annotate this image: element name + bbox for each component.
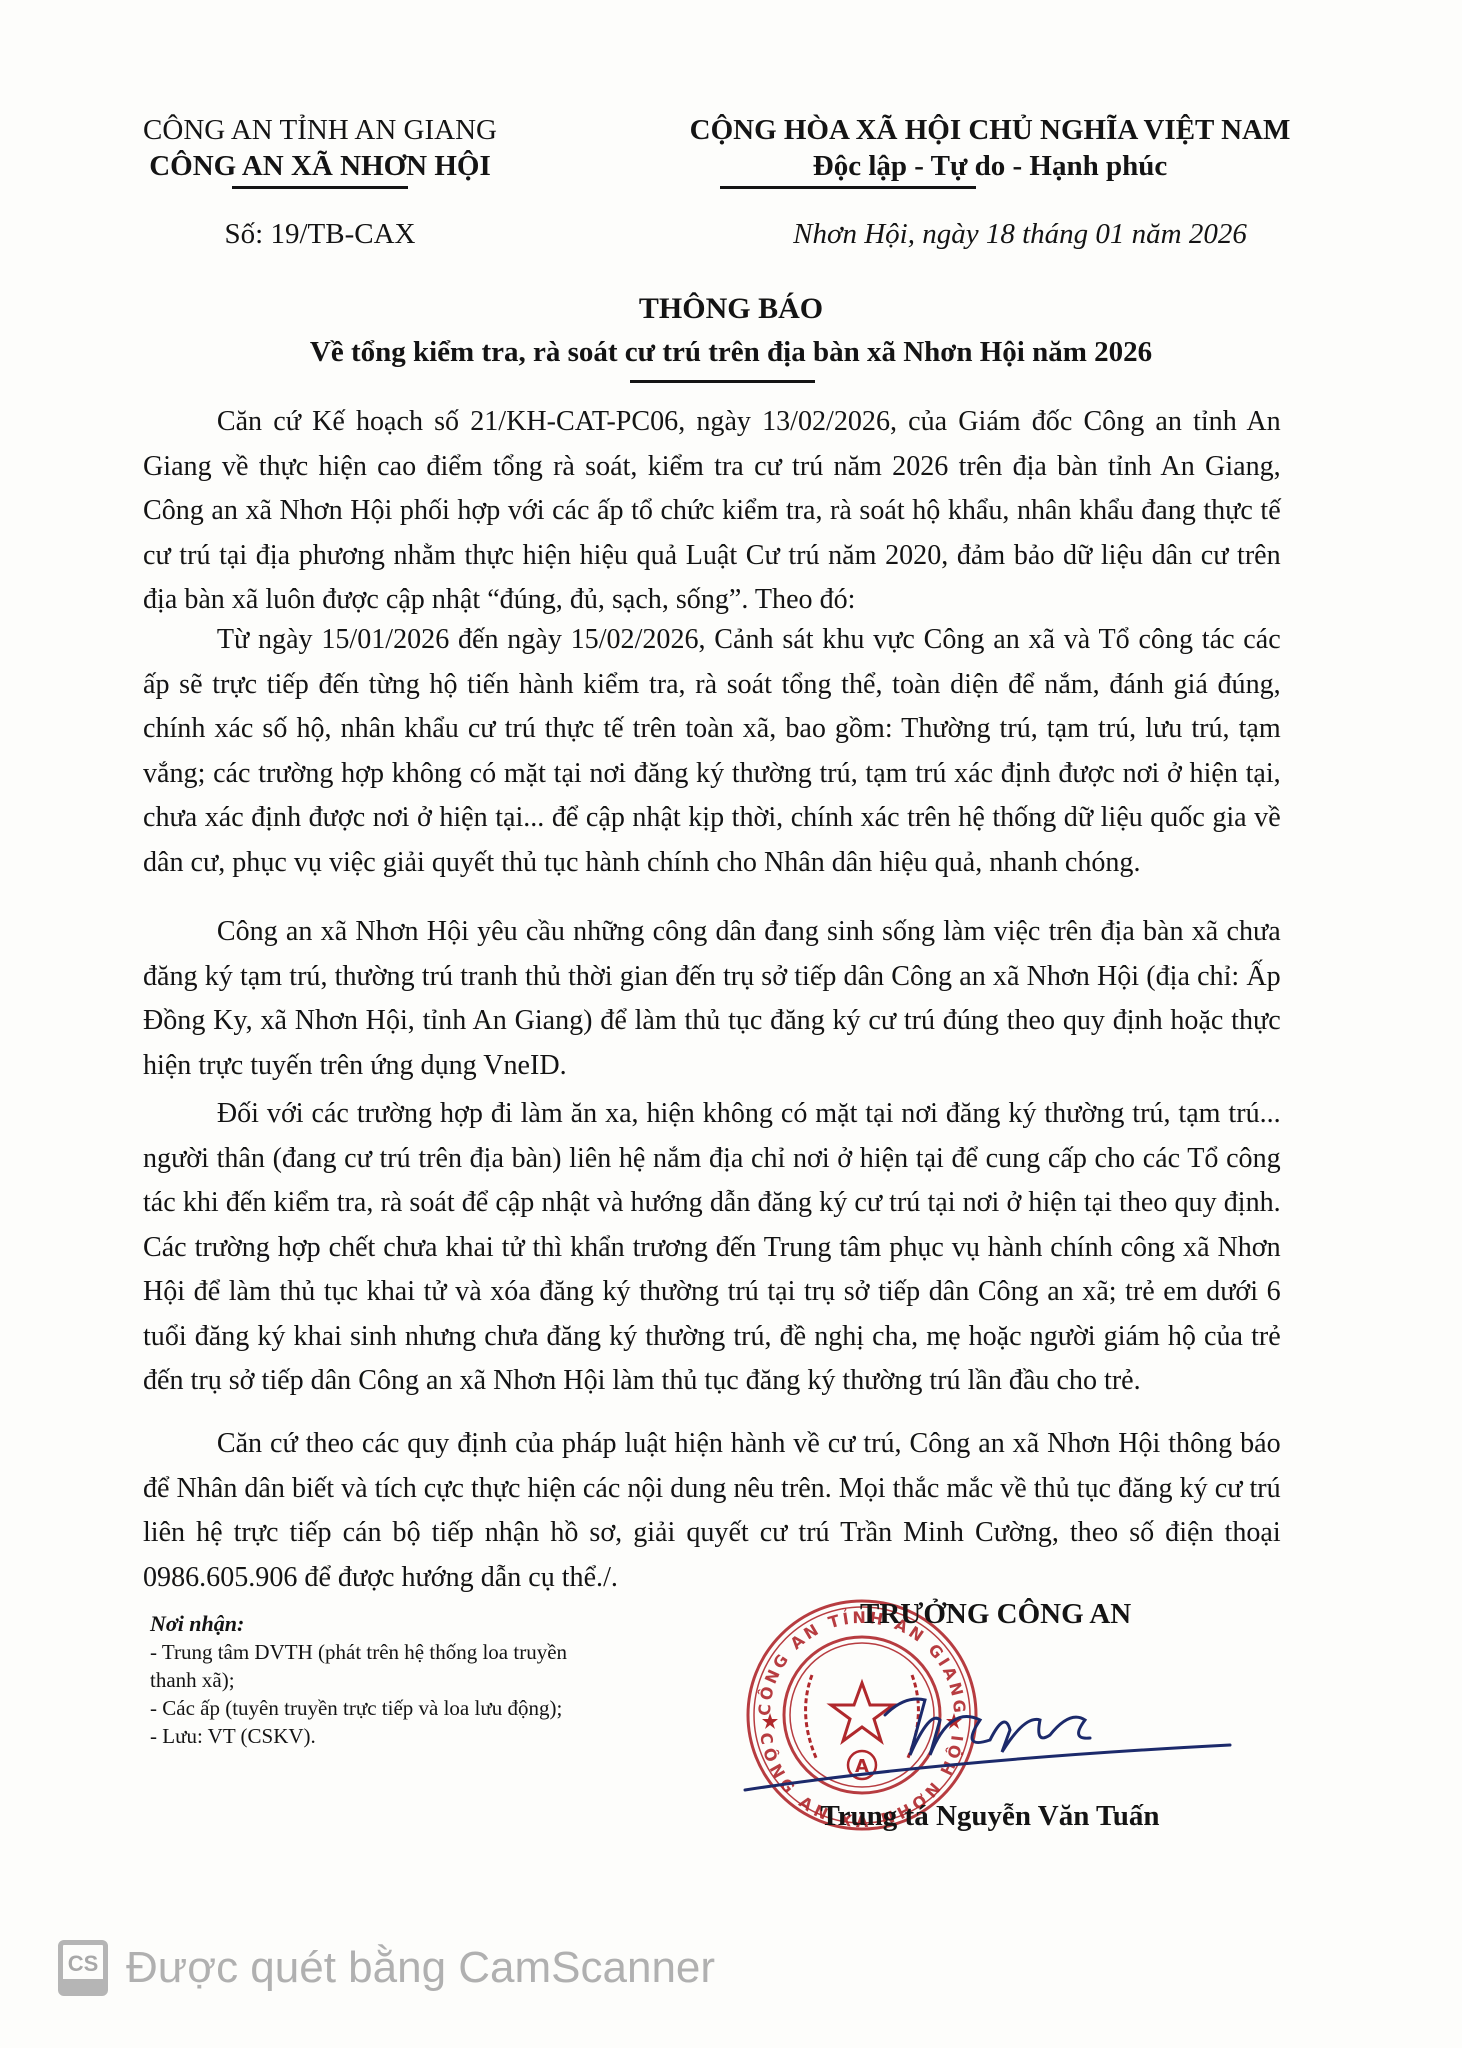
body-paragraph: Đối với các trường hợp đi làm ăn xa, hiệ…: [143, 1092, 1281, 1404]
agency-parent: CÔNG AN TỈNH AN GIANG: [110, 112, 530, 148]
title-underline: [630, 380, 815, 383]
signatory-title: TRƯỞNG CÔNG AN: [860, 1598, 1131, 1631]
recipient-item: - Lưu: VT (CSKV).: [150, 1722, 580, 1750]
handwritten-signature-icon: [740, 1660, 1260, 1800]
document-title: THÔNG BÁO: [0, 292, 1462, 326]
body-paragraph: Căn cứ Kế hoạch số 21/KH-CAT-PC06, ngày …: [143, 400, 1281, 623]
body-paragraph: Từ ngày 15/01/2026 đến ngày 15/02/2026, …: [143, 618, 1281, 885]
country-name: CỘNG HÒA XÃ HỘI CHỦ NGHĨA VIỆT NAM: [650, 112, 1330, 148]
agency-underline: [232, 186, 408, 189]
motto-underline: [720, 186, 976, 189]
camscanner-watermark: CS Được quét bằng CamScanner: [58, 1938, 715, 1998]
body-paragraph: Căn cứ theo các quy định của pháp luật h…: [143, 1422, 1281, 1600]
recipients-block: Nơi nhận: - Trung tâm DVTH (phát trên hệ…: [150, 1610, 580, 1750]
recipient-item: - Trung tâm DVTH (phát trên hệ thống loa…: [150, 1638, 580, 1694]
recipients-label: Nơi nhận:: [150, 1610, 580, 1638]
camscanner-logo-icon: CS: [58, 1940, 108, 1996]
agency-block: CÔNG AN TỈNH AN GIANG CÔNG AN XÃ NHƠN HỘ…: [110, 112, 530, 184]
document-subtitle: Về tổng kiểm tra, rà soát cư trú trên đị…: [0, 336, 1462, 369]
watermark-text: Được quét bằng CamScanner: [126, 1943, 715, 1993]
signatory-name: Trung tá Nguyễn Văn Tuấn: [760, 1800, 1220, 1833]
place-date: Nhơn Hội, ngày 18 tháng 01 năm 2026: [690, 218, 1350, 251]
body-paragraph: Công an xã Nhơn Hội yêu cầu những công d…: [143, 910, 1281, 1088]
national-motto: Độc lập - Tự do - Hạnh phúc: [650, 148, 1330, 184]
national-heading: CỘNG HÒA XÃ HỘI CHỦ NGHĨA VIỆT NAM Độc l…: [650, 112, 1330, 184]
agency-name: CÔNG AN XÃ NHƠN HỘI: [110, 148, 530, 184]
document-number: Số: 19/TB-CAX: [110, 218, 530, 251]
recipient-item: - Các ấp (tuyên truyền trực tiếp và loa …: [150, 1694, 580, 1722]
